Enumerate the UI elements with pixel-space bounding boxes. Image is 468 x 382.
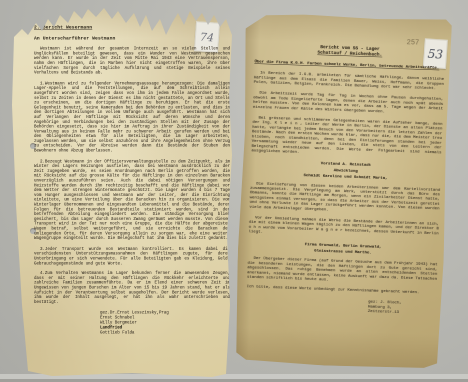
paragraph: Die Arbeitszeit wurde Tag für Tag in Woc… (253, 91, 444, 116)
signature-block: gez.Dr.Ernst Lesszinsky,Prag Ernst Schna… (100, 311, 230, 336)
page-number: 257 (406, 39, 419, 47)
left-document: 74 2. Bericht Wesermann An Unterscharfüh… (12, 5, 236, 378)
paragraph: 3.Jeder Transport wurde von Westmann kon… (34, 247, 230, 266)
left-document-text: 2. Bericht Wesermann An Unterscharführer… (34, 25, 230, 336)
photo-background: 74 2. Bericht Wesermann An Unterscharfüh… (0, 0, 468, 382)
paragraph: Der Übergeber dieser Firma (auf Grund de… (247, 256, 438, 286)
paragraph: Westmann ist während der gesamten Intern… (34, 47, 230, 76)
paragraph: In Bereich der I.G.B. arbeiteten für säm… (254, 70, 444, 91)
paragraph: 1.Westmann wird zu folgender Vernehmungs… (34, 81, 230, 153)
firm-block: Firma Grunwald, Berlin Grunwald, Gleisst… (248, 240, 438, 258)
signature-block: gez: J. Bloch, Hamburg 3, Zeitzerstr.13 (368, 299, 436, 316)
closing-line: Ich bitte, dass diese Worte unbedingt zu… (247, 284, 437, 295)
signature-line: Zeitzerstr.13 (368, 309, 436, 316)
paragraph: 4.Zum Verhalten Westmanns im Lager bekun… (34, 271, 230, 305)
addressee-block: Vorstand A. Reinstadt Abwicklung Schmidt… (250, 159, 440, 183)
paragraph: Vor der Umsiedlung nahmen die Werke die … (248, 215, 439, 240)
right-document: 257 53 Bericht vom SS - Lager Schattauf … (234, 13, 452, 370)
paragraph: 2.Bezeugt Westmann in der Offiziersverwa… (34, 159, 230, 241)
paragraph: Die Einlieferung von diesen beiden Arbei… (249, 181, 440, 216)
signature-line: Gottlieb Fulda (100, 331, 230, 336)
report-header: 2. Bericht Wesermann (34, 25, 230, 30)
paragraph: Bei grösseren und schlimmeren Gelegenhei… (251, 115, 442, 159)
subject-line: Über die Firma K.G.H. Farben schmelz Wer… (254, 59, 444, 70)
salutation-line: An Unterscharführer Westmann (34, 36, 230, 41)
right-document-text: Bericht vom SS - Lager Schattauf / Reich… (246, 43, 445, 317)
